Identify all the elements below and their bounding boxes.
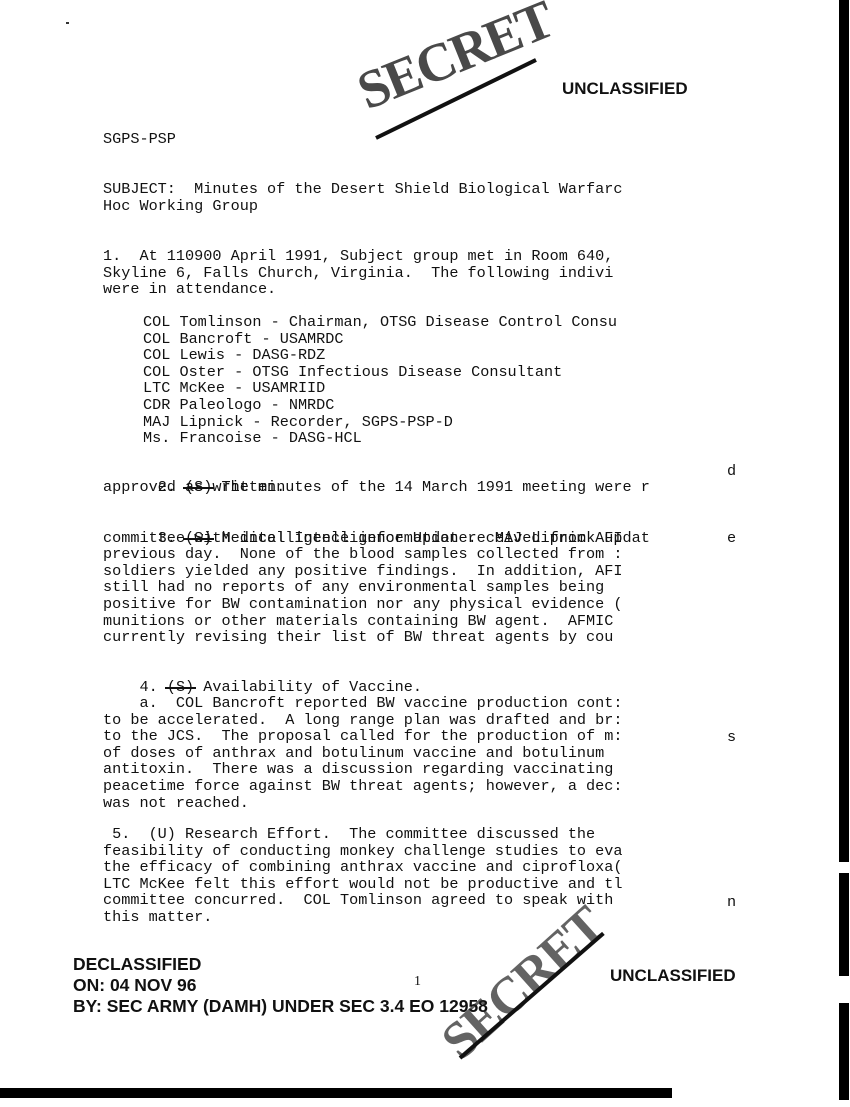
p3-line: still had no reports of any environmenta… xyxy=(103,579,604,596)
p5-line: this matter. xyxy=(103,909,212,926)
attendee-item: MAJ Lipnick - Recorder, SGPS-PSP-D xyxy=(143,414,453,431)
scan-edge-bar-right-2 xyxy=(839,873,849,976)
scan-edge-bar-bottom xyxy=(0,1088,672,1098)
p3-line: positive for BW contamination nor any ph… xyxy=(103,596,623,613)
attendee-item: LTC McKee - USAMRIID xyxy=(143,380,325,397)
paragraph-2: 2. (S) The minutes of the 14 March 1991 … xyxy=(103,462,649,498)
subject-line-1: SUBJECT: Minutes of the Desert Shield Bi… xyxy=(103,181,668,198)
p5-line: 5. (U) Research Effort. The committee di… xyxy=(103,826,595,843)
paragraph-number: 4. xyxy=(139,678,157,696)
document-page: SECRET UNCLASSIFIED SGPS-PSP SUBJECT: Mi… xyxy=(0,0,850,1107)
margin-fragment: d xyxy=(727,462,736,480)
p5-line: the efficacy of combining anthrax vaccin… xyxy=(103,859,623,876)
p4-heading-text: Availability of Vaccine. xyxy=(194,678,422,696)
p1-line: 1. At 110900 April 1991, Subject group m… xyxy=(103,248,613,265)
classification-bottom: UNCLASSIFIED xyxy=(610,966,736,986)
paragraph-3: 3. (S) Medical Intelligence Update. MAJ … xyxy=(103,513,649,649)
paragraph-1: 1. At 110900 April 1991, Subject group m… xyxy=(103,248,649,300)
p3-line: munitions or other materials containing … xyxy=(103,613,613,630)
declassified-authority: BY: SEC ARMY (DAMH) UNDER SEC 3.4 EO 129… xyxy=(73,996,488,1017)
attendee-item: COL Oster - OTSG Infectious Disease Cons… xyxy=(143,364,562,381)
p4a-line: antitoxin. There was a discussion regard… xyxy=(103,761,613,778)
attendee-list: COL Tomlinson - Chairman, OTSG Disease C… xyxy=(143,314,651,450)
scan-edge-bar-right-3 xyxy=(839,1003,849,1100)
margin-fragment: s xyxy=(727,728,736,746)
scan-speck xyxy=(66,22,69,24)
p4a-line: a. COL Bancroft reported BW vaccine prod… xyxy=(103,695,623,712)
attendee-item: COL Lewis - DASG-RDZ xyxy=(143,347,325,364)
p5-line: feasibility of conducting monkey challen… xyxy=(103,843,623,860)
p5-line: committee concurred. COL Tomlinson agree… xyxy=(103,892,613,909)
p4a-line: was not reached. xyxy=(103,795,249,812)
p3-line: soldiers yielded any positive findings. … xyxy=(103,563,623,580)
p4a-line: to be accelerated. A long range plan was… xyxy=(103,712,623,729)
declassified-date: ON: 04 NOV 96 xyxy=(73,975,197,996)
p3-line: currently revising their list of BW thre… xyxy=(103,629,613,646)
classification-top: UNCLASSIFIED xyxy=(562,79,688,99)
struck-classification-marking: (S) xyxy=(167,679,194,696)
p1-line: Skyline 6, Falls Church, Virginia. The f… xyxy=(103,265,613,282)
subject-line-2: Hoc Working Group xyxy=(103,198,258,215)
p2-line: approved as written. xyxy=(103,479,285,496)
p5-line: LTC McKee felt this effort would not be … xyxy=(103,876,623,893)
attendee-item: CDR Paleologo - NMRDC xyxy=(143,397,334,414)
attendee-item: Ms. Francoise - DASG-HCL xyxy=(143,430,362,447)
attendee-item: COL Bancroft - USAMRDC xyxy=(143,331,344,348)
p3-line: committee with intelligence information … xyxy=(103,530,623,547)
p4a-line: of doses of anthrax and botulinum vaccin… xyxy=(103,745,604,762)
p1-line: were in attendance. xyxy=(103,281,276,298)
p3-line: previous day. None of the blood samples … xyxy=(103,546,623,563)
scan-edge-bar-right-1 xyxy=(839,0,849,862)
attendee-item: COL Tomlinson - Chairman, OTSG Disease C… xyxy=(143,314,617,331)
declassified-label: DECLASSIFIED xyxy=(73,954,201,975)
page-number: 1 xyxy=(414,974,421,991)
margin-fragment: e xyxy=(727,529,736,547)
paragraph-4a: a. COL Bancroft reported BW vaccine prod… xyxy=(103,695,656,815)
margin-fragment: n xyxy=(727,893,736,911)
p4a-line: peacetime force against BW threat agents… xyxy=(103,778,623,795)
p4a-line: to the JCS. The proposal called for the … xyxy=(103,728,623,745)
office-symbol: SGPS-PSP xyxy=(103,131,176,148)
